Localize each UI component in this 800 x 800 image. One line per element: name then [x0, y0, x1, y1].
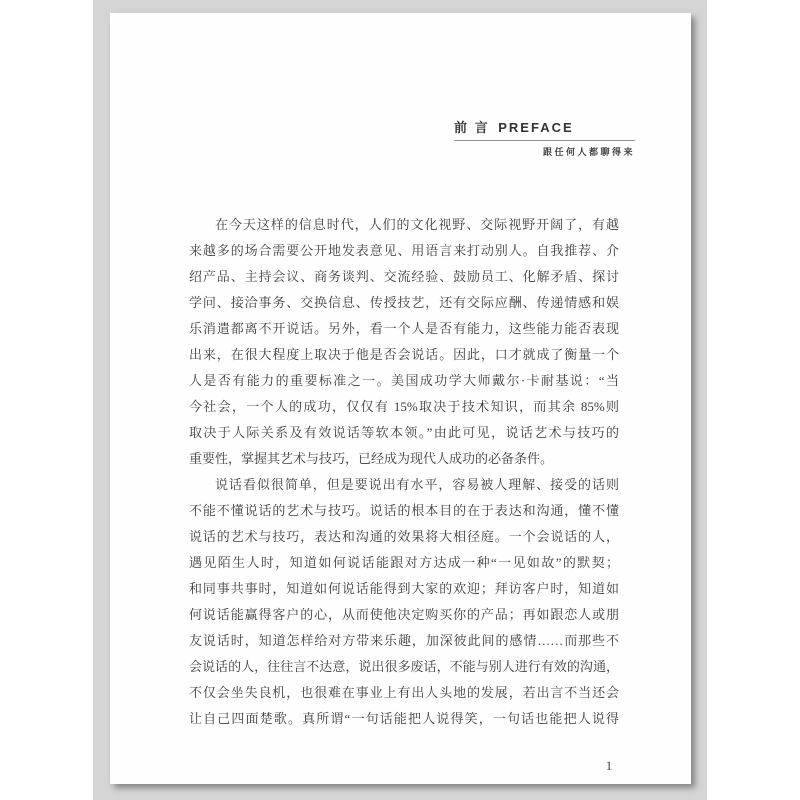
text-line: 来越多的场合需要公开地发表意见、用语言来打动别人。自我推荐、介: [189, 238, 619, 264]
text-line: 会说话的人，往往言不达意，说出很多废话，不能与别人进行有效的沟通，: [189, 654, 619, 680]
text-line: 何说话能赢得客户的心，从而使他决定购买你的产品；再如跟恋人或朋: [189, 602, 619, 628]
paragraph-1: 在今天这样的信息时代，人们的文化视野、交际视野开阔了，有越来越多的场合需要公开地…: [189, 212, 619, 472]
text-line: 说话的艺术与技巧，表达和沟通的效果将大相径庭。一个会说话的人，: [189, 524, 619, 550]
text-line: 不仅会坐失良机，也很难在事业上有出人头地的发展，若出言不当还会: [189, 680, 619, 706]
text-line: 重要性，掌握其艺术与技巧，已经成为现代人成功的必备条件。: [189, 446, 619, 472]
text-line: 在今天这样的信息时代，人们的文化视野、交际视野开阔了，有越: [189, 212, 619, 238]
preface-header: 前 言 PREFACE 跟任何人都聊得来: [454, 117, 635, 158]
photo-backdrop: 前 言 PREFACE 跟任何人都聊得来 在今天这样的信息时代，人们的文化视野、…: [93, 0, 707, 800]
preface-title-en: PREFACE: [498, 120, 573, 135]
text-line: 说话看似很简单，但是要说出有水平，容易被人理解、接受的话则: [189, 472, 619, 498]
book-title-caption: 跟任何人都聊得来: [454, 145, 635, 158]
paragraph-2: 说话看似很简单，但是要说出有水平，容易被人理解、接受的话则不能不懂说话的艺术与技…: [189, 472, 619, 732]
preface-title: 前 言 PREFACE: [454, 117, 635, 136]
text-line: 遇见陌生人时，知道如何说话能跟对方达成一种“一见如故”的默契；: [189, 550, 619, 576]
text-line: 乐消遣都离不开说话。另外，看一个人是否有能力，这些能力能否表现: [189, 316, 619, 342]
text-line: 今社会，一个人的成功，仅仅有 15%取决于技术知识，而其余 85%则: [189, 394, 619, 420]
preface-body: 在今天这样的信息时代，人们的文化视野、交际视野开阔了，有越来越多的场合需要公开地…: [189, 212, 619, 732]
header-divider: [454, 140, 635, 141]
text-line: 和同事共事时，知道如何说话能得到大家的欢迎；拜访客户时，知道如: [189, 576, 619, 602]
text-line: 取决于人际关系及有效说话等软本领。”由此可见，说话艺术与技巧的: [189, 420, 619, 446]
text-line: 人是否有能力的重要标准之一。美国成功学大师戴尔·卡耐基说：“当: [189, 368, 619, 394]
text-line: 让自己四面楚歌。真所谓“一句话能把人说得笑，一句话也能把人说得: [189, 706, 619, 732]
photo-canvas: 前 言 PREFACE 跟任何人都聊得来 在今天这样的信息时代，人们的文化视野、…: [0, 0, 800, 800]
text-line: 出来，在很大程度上取决于他是否会说话。因此，口才就成了衡量一个: [189, 342, 619, 368]
book-page: 前 言 PREFACE 跟任何人都聊得来 在今天这样的信息时代，人们的文化视野、…: [110, 13, 691, 784]
text-line: 友说话时，知道怎样给对方带来乐趣，加深彼此间的感情……而那些不: [189, 628, 619, 654]
text-line: 学问、接洽事务、交换信息、传授技艺，还有交际应酬、传递情感和娱: [189, 290, 619, 316]
preface-title-cn: 前 言: [454, 120, 490, 135]
text-line: 绍产品、主持会议、商务谈判、交流经验、鼓励员工、化解矛盾、探讨: [189, 264, 619, 290]
text-line: 不能不懂说话的艺术与技巧。说话的根本目的在于表达和沟通，懂不懂: [189, 498, 619, 524]
page-number: 1: [599, 758, 619, 774]
